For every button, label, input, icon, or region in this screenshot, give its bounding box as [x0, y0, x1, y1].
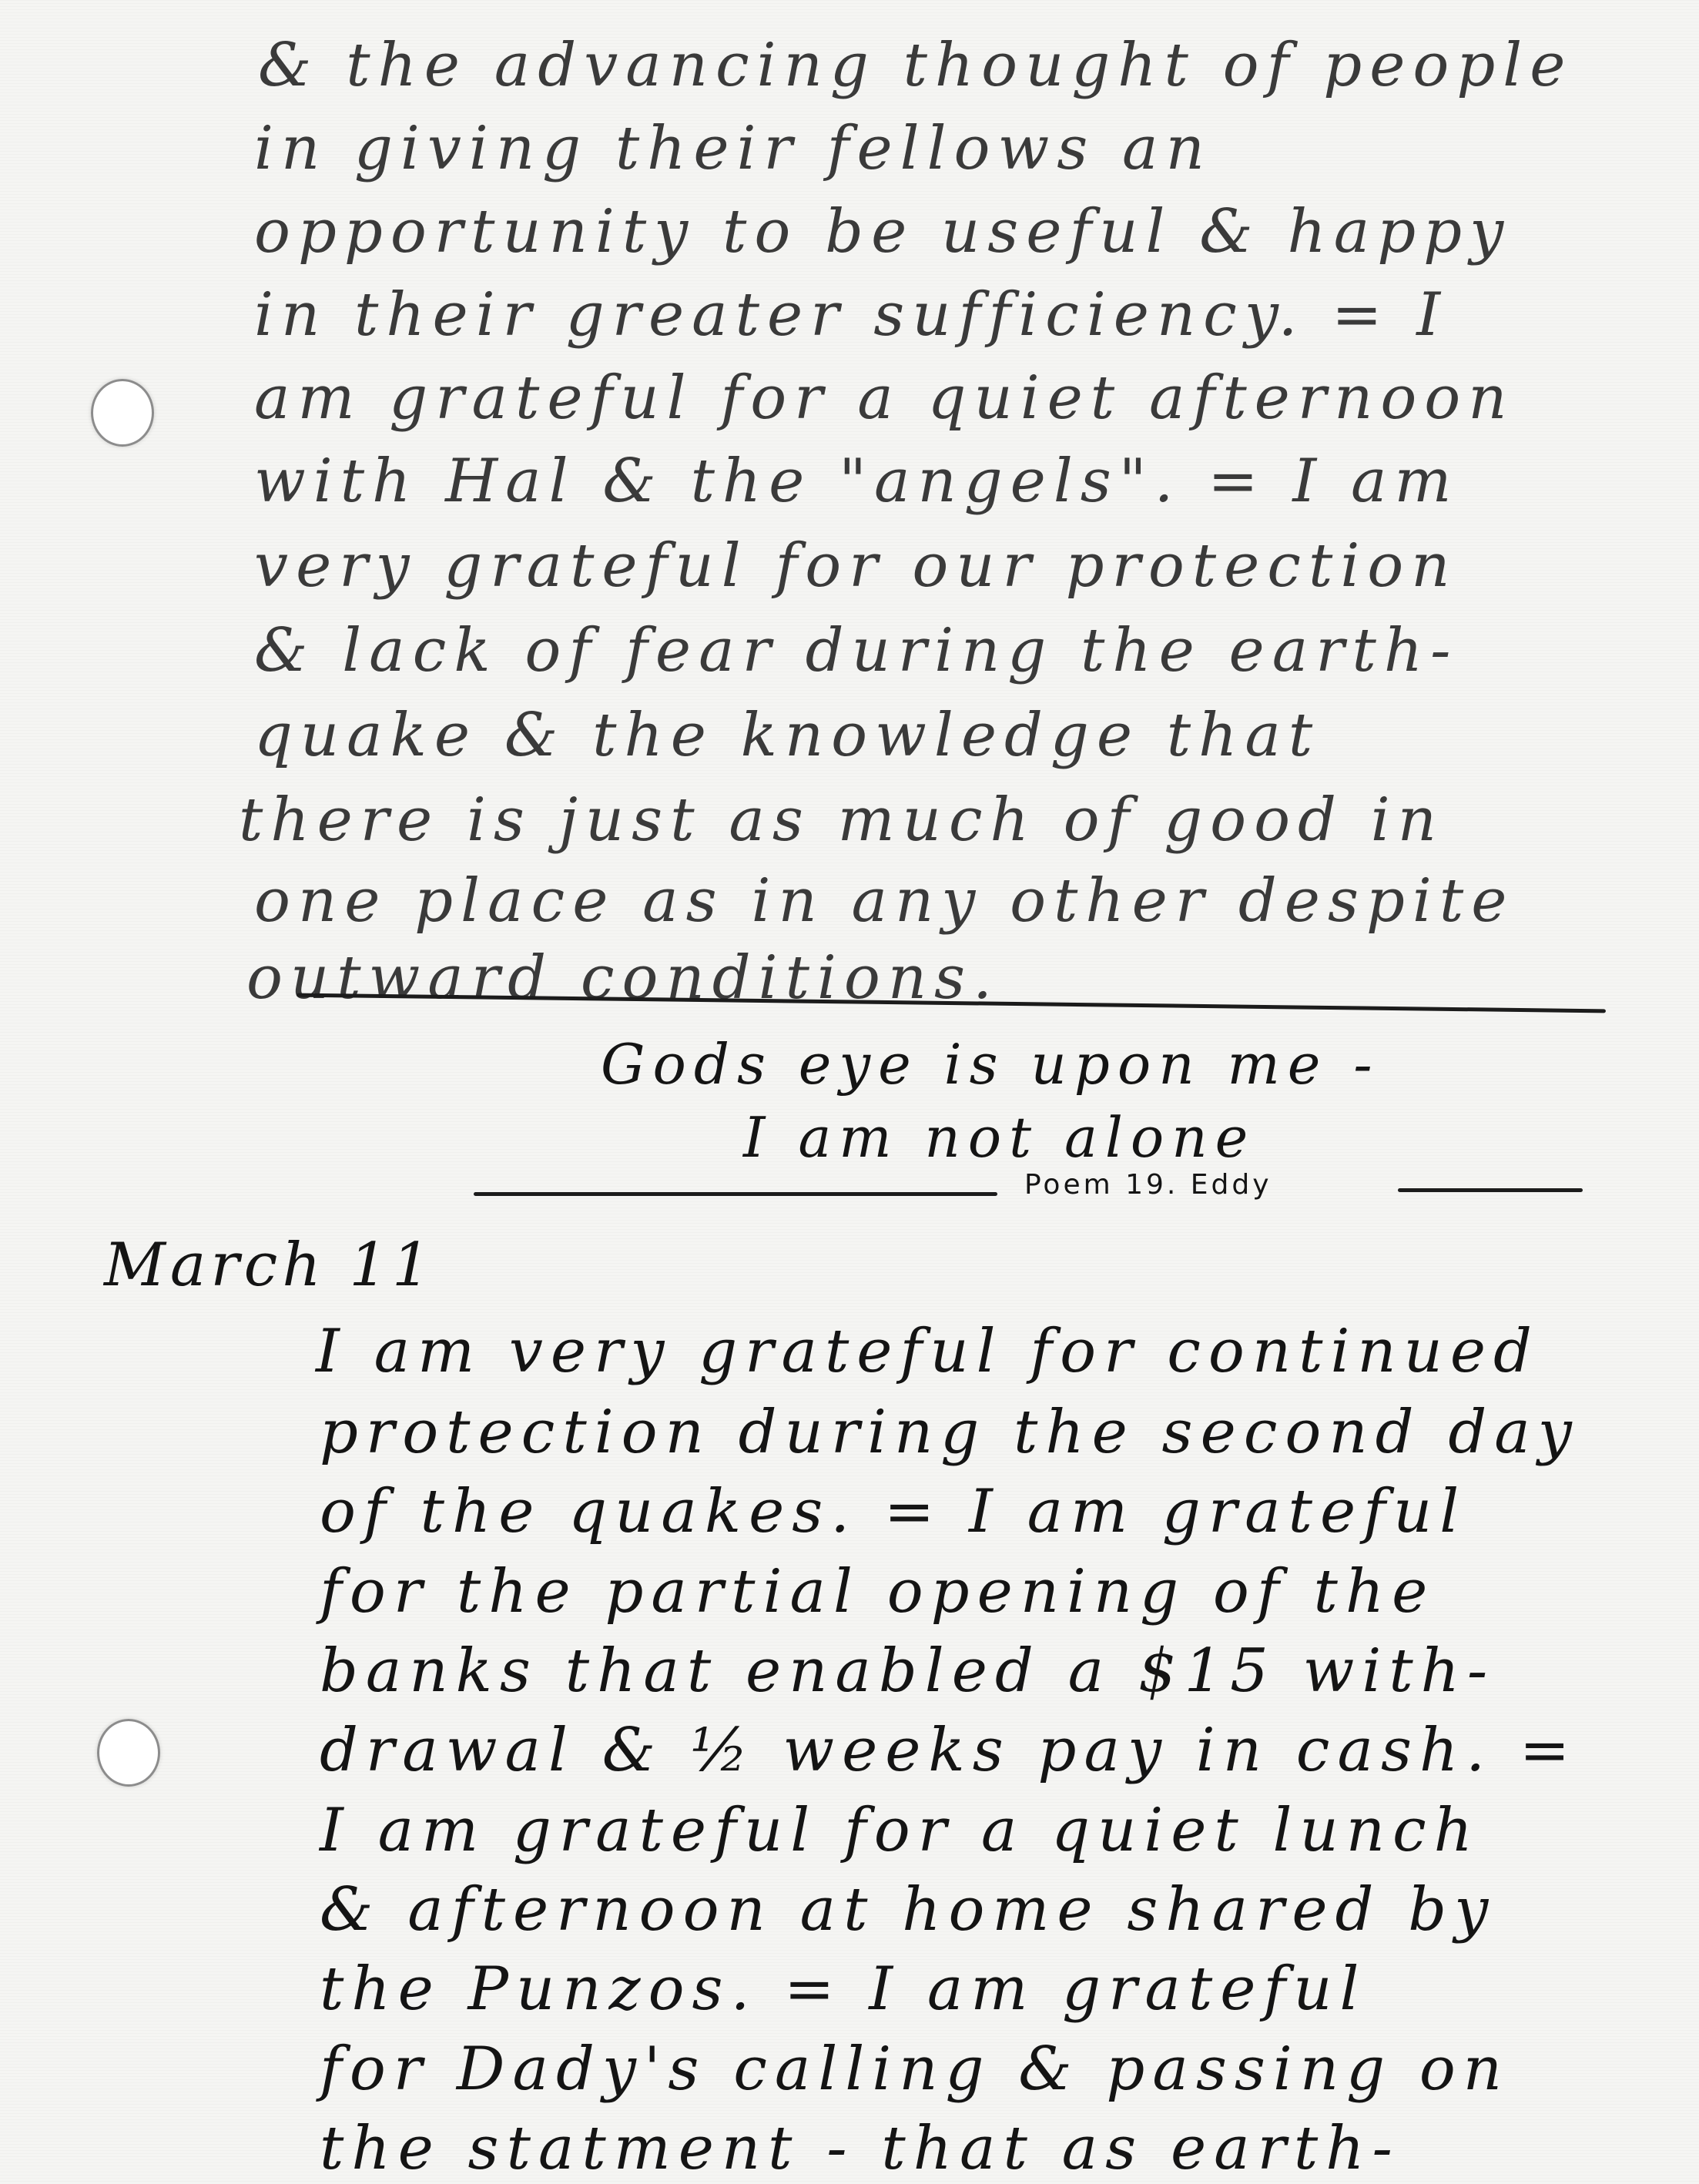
text-line: in their greater sufficiency. = I [254, 280, 1448, 350]
text-line: I am grateful for a quiet lunch [320, 1796, 1480, 1865]
text-line: the statment - that as earth- [320, 2114, 1400, 2183]
text-line: there is just as much of good in [239, 786, 1444, 855]
divider-line [1398, 1188, 1583, 1192]
text-line: very grateful for our protection [254, 531, 1457, 601]
text-line: for Dady's calling & passing on [320, 2035, 1510, 2104]
punch-hole [97, 1719, 160, 1787]
divider-line [474, 1192, 997, 1196]
journal-page: & the advancing thought of people in giv… [0, 0, 1699, 2184]
text-line: am grateful for a quiet afternoon [254, 363, 1515, 433]
quote-line: I am not alone [743, 1105, 1255, 1170]
text-line: protection during the second day [320, 1398, 1580, 1467]
text-line: with Hal & the "angels". = I am [254, 447, 1459, 516]
text-line: & lack of fear during the earth- [254, 616, 1458, 685]
text-line: opportunity to be useful & happy [254, 197, 1511, 266]
text-line: & the advancing thought of people [258, 31, 1573, 100]
text-line: & afternoon at home shared by [320, 1875, 1496, 1944]
quote-attribution: Poem 19. Eddy [1024, 1169, 1272, 1201]
text-line: of the quakes. = I am grateful [320, 1477, 1466, 1546]
text-line: in giving their fellows an [254, 114, 1212, 183]
text-line: for the partial opening of the [320, 1557, 1435, 1626]
quote-line: Gods eye is upon me - [601, 1032, 1380, 1097]
entry-date: March 11 [104, 1231, 435, 1300]
text-line: quake & the knowledge that [254, 701, 1320, 770]
punch-hole [91, 379, 154, 447]
text-line: drawal & ½ weeks pay in cash. = [320, 1716, 1577, 1785]
text-line: I am very grateful for continued [316, 1317, 1540, 1386]
text-line: banks that enabled a $15 with- [320, 1636, 1495, 1706]
text-line: one place as in any other despite [254, 866, 1514, 936]
text-line: the Punzos. = I am grateful [320, 1955, 1366, 2024]
